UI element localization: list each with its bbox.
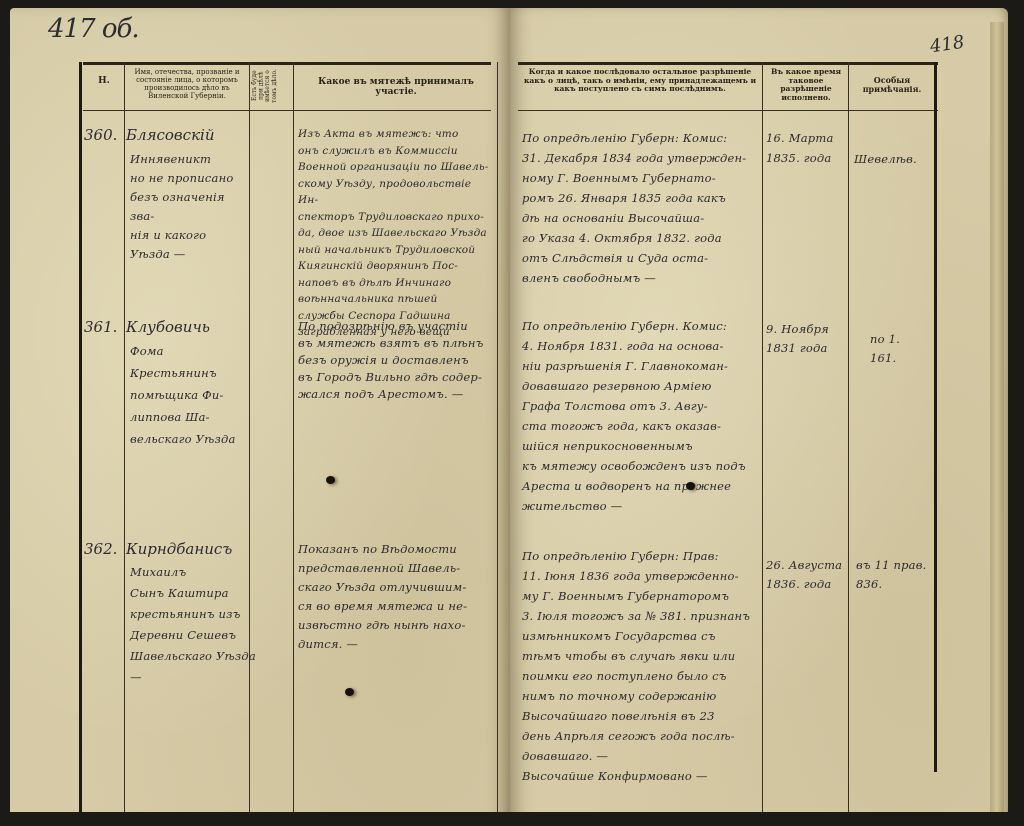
bottom-shadow: [0, 812, 1024, 826]
col-divider-6: [848, 62, 849, 814]
header-notes: Особыя примѣчанія.: [850, 76, 934, 94]
entry-executed: 9. Ноября 1831 года: [766, 320, 850, 358]
entry-resolution: По опредѣленію Губерн. Комис: 4. Ноября …: [522, 316, 762, 516]
entry-person-details: Михаилъ Сынъ Каштира крестьянинъ изъ Дер…: [130, 562, 270, 688]
entry-executed: 26. Августа 1836. года: [766, 556, 850, 594]
right-border: [934, 62, 937, 772]
entry-name: Клубовичь: [126, 318, 210, 336]
entry-person-details: Иннявеникт но не прописано безъ означені…: [130, 150, 248, 264]
left-folio-number: 417 об.: [48, 14, 139, 44]
entry-executed: 16. Марта 1835. года: [766, 128, 850, 168]
page-edge: [990, 22, 1004, 822]
right-top-rule: [518, 62, 938, 65]
entry-name: Блясовскій: [126, 126, 214, 144]
entry-person-details: Фома Крестьянинъ помѣщика Фи- липпова Ша…: [130, 340, 248, 450]
col-divider-3: [293, 62, 294, 814]
binding-hole: [686, 482, 695, 490]
entry-number: 360.: [84, 126, 117, 144]
entry-notes: въ 11 прав. 836.: [856, 556, 936, 594]
entry-participation: Показанъ по Вѣдомости представленной Шав…: [298, 540, 494, 654]
binding-hole: [345, 688, 354, 696]
col-divider-1: [124, 62, 125, 814]
header-participation: Какое въ мятежѣ принималъ участіе.: [296, 77, 496, 98]
entry-number: 362.: [84, 540, 117, 558]
col-divider-2: [249, 62, 250, 814]
col-divider-5: [762, 62, 763, 814]
col-divider-4: [497, 62, 498, 814]
header-resolution: Когда и какое послѣдовало остальное разр…: [518, 68, 762, 94]
entry-name: Кирндбанисъ: [126, 540, 232, 558]
entry-notes: по 1. 161.: [870, 330, 934, 368]
left-border: [79, 62, 82, 814]
header-number: Н.: [84, 76, 124, 86]
left-header-rule: [83, 110, 491, 111]
entry-number: 361.: [84, 318, 117, 336]
entry-resolution: По опредѣленію Губерн: Прав: 11. Іюня 18…: [522, 546, 762, 786]
binding-hole: [326, 476, 335, 484]
entry-resolution: По опредѣленію Губерн: Комис: 31. Декабр…: [522, 128, 762, 288]
header-property: Есть буде при дѣлѣ имѣется о томъ дѣло.: [252, 64, 292, 108]
header-executed: Въ какое время таковое разрѣшеніе исполн…: [764, 68, 848, 103]
right-header-rule: [518, 110, 938, 111]
entry-participation: По подозрѣнію въ участіи въ мятежѣ взятъ…: [298, 318, 494, 403]
entry-notes: Шевелѣв.: [854, 150, 934, 169]
entry-participation: Изъ Акта въ мятежъ: что онъ служилъ въ К…: [298, 126, 494, 341]
header-person: Имя, отечества, прозваніе и состояніе ли…: [126, 68, 248, 100]
